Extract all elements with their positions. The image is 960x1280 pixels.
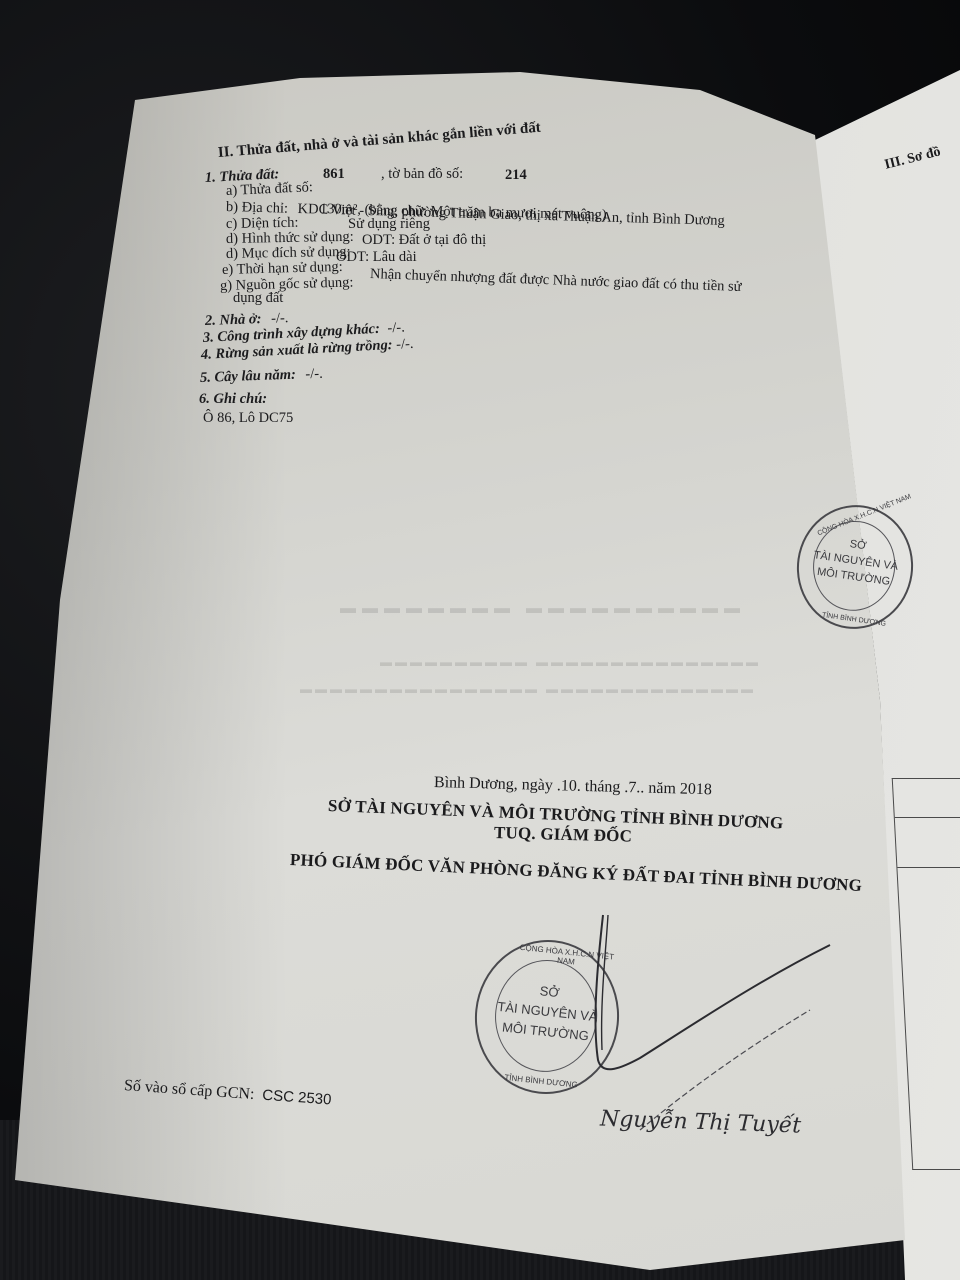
registry-value: CSC 2530 <box>262 1087 332 1109</box>
certificate-content: III. Sơ đồ II. Thửa đất, nhà ở và tài sả… <box>0 0 960 1280</box>
